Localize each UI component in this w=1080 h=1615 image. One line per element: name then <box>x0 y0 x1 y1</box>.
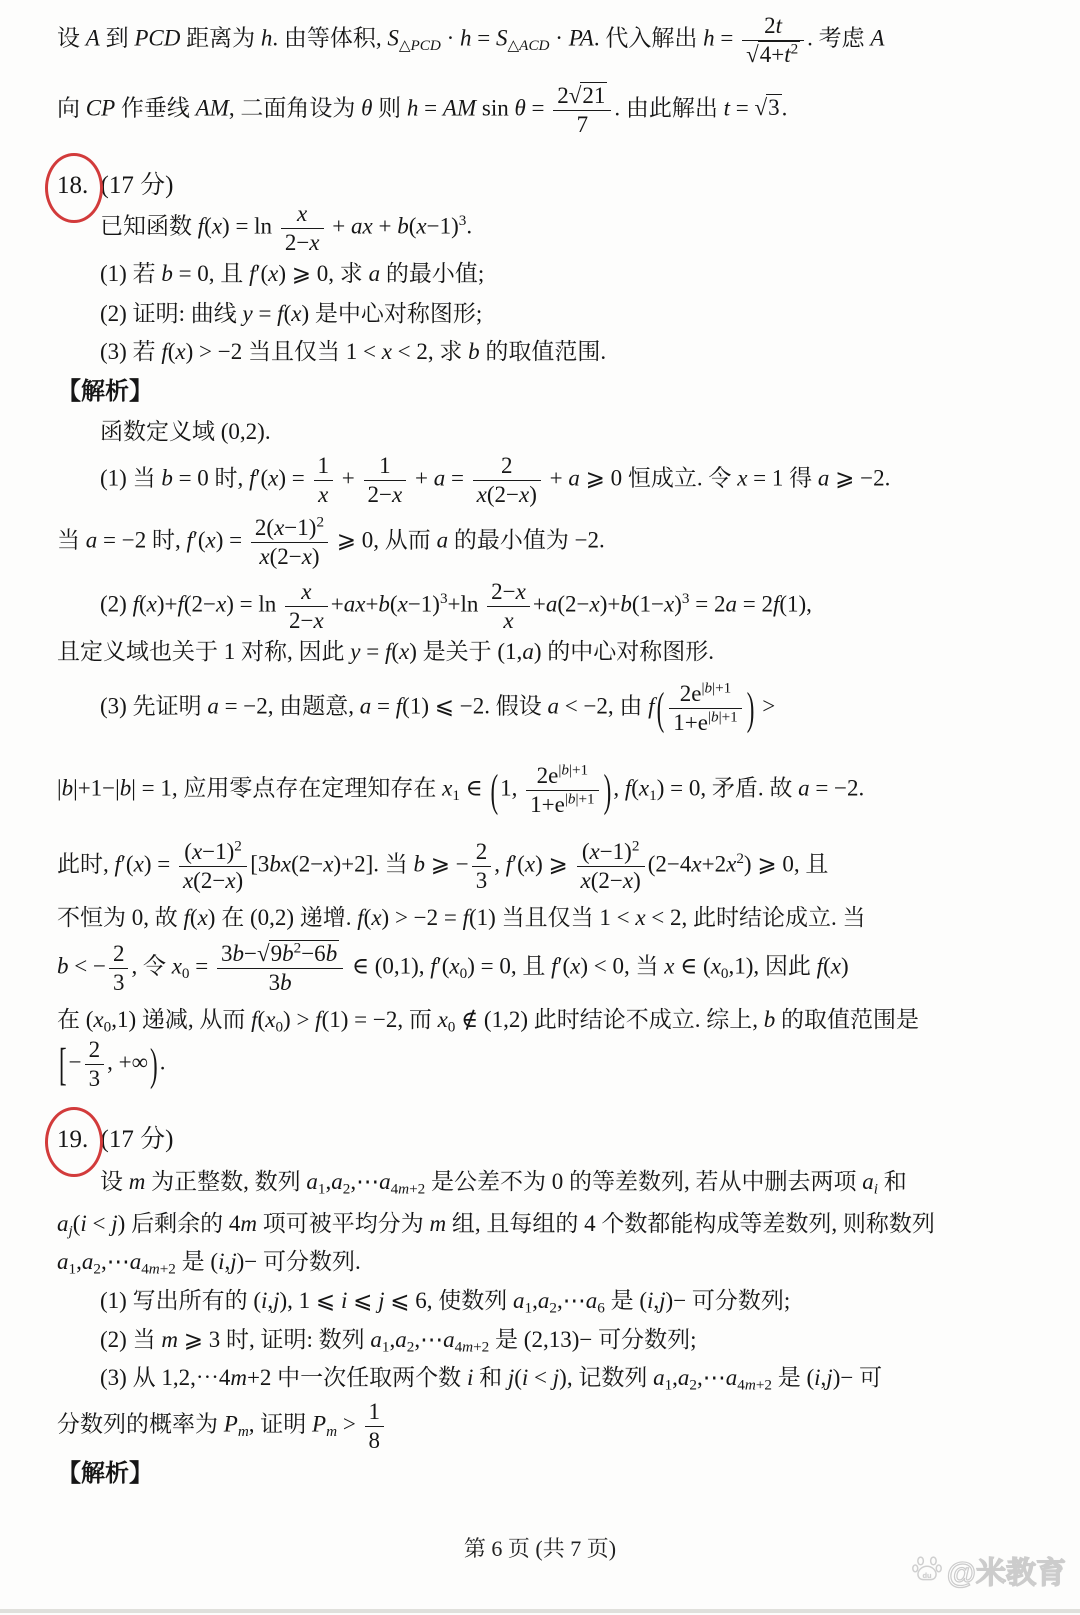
preamble-line: 设 A 到 PCD 距离为 h. 由等体积, S△PCD · h = S△ACD… <box>57 12 1044 68</box>
question-18-header: 18. (17 分) <box>57 168 1044 203</box>
exam-solution-page: 设 A 到 PCD 距离为 h. 由等体积, S△PCD · h = S△ACD… <box>0 0 1080 1615</box>
q19-problem-line: 分数列的概率为 Pm, 证明 Pm > 18 <box>57 1398 1044 1454</box>
stretched-delimiter: ) <box>604 767 612 813</box>
question-19-points: (17 分) <box>101 1126 174 1153</box>
fraction: 2t√4+t2 <box>742 12 804 68</box>
fraction: (x−1)2x(2−x) <box>179 838 247 894</box>
red-circle-annotation <box>45 1107 103 1177</box>
q18-problem-line: (3) 若 f(x) > −2 当且仅当 1 < x < 2, 求 b 的取值范… <box>100 336 1044 368</box>
fraction: 23 <box>472 838 492 894</box>
fraction: 2x(2−x) <box>473 452 541 508</box>
q19-problem-line: aj(i < j) 后剩余的 4m 项可被平均分为 m 组, 且每组的 4 个数… <box>57 1208 1044 1240</box>
q19-problem-line: a1,a2,⋯a4m+2 是 (i,j)− 可分数列. <box>57 1246 1044 1278</box>
square-root: √4+t2 <box>746 42 800 67</box>
q18-problem-line: (2) 证明: 曲线 y = f(x) 是中心对称图形; <box>100 298 1044 330</box>
stretched-delimiter: ) <box>150 1041 158 1087</box>
q18-solution-line: (1) 当 b = 0 时, f′(x) = 1x + 12−x + a = 2… <box>100 452 1044 508</box>
question-19-header: 19. (17 分) <box>57 1122 1044 1157</box>
q19-problem-line: (1) 写出所有的 (i,j), 1 ⩽ i ⩽ j ⩽ 6, 使数列 a1,a… <box>100 1285 1044 1317</box>
square-root: √9b2−6b <box>257 941 339 966</box>
stretched-delimiter: ( <box>657 685 665 731</box>
q18-analysis-label: 【解析】 <box>57 376 1044 410</box>
fraction: 1x <box>314 452 334 508</box>
q18-solution-line: 不恒为 0, 故 f(x) 在 (0,2) 递增. f(x) > −2 = f(… <box>57 902 1044 934</box>
q18-solution-line: 当 a = −2 时, f′(x) = 2(x−1)2x(2−x) ⩾ 0, 从… <box>57 514 1044 570</box>
q19-problem-line: 设 m 为正整数, 数列 a1,a2,⋯a4m+2 是公差不为 0 的等差数列,… <box>100 1166 1044 1198</box>
fraction: 23 <box>109 940 129 996</box>
fraction: 12−x <box>364 452 407 508</box>
q19-problem-line: (3) 从 1,2,⋯4m+2 中一次任取两个数 i 和 j(i < j), 记… <box>100 1362 1044 1394</box>
q19-analysis-label: 【解析】 <box>57 1458 1044 1492</box>
fraction: 2e|b|+11+e|b|+1 <box>526 762 599 818</box>
q18-problem-line: 已知函数 f(x) = ln x2−x + ax + b(x−1)3. <box>100 200 1044 256</box>
fraction: 3b−√9b2−6b3b <box>217 940 343 996</box>
q18-solution-line: b < −23, 令 x0 = 3b−√9b2−6b3b ∈ (0,1), f′… <box>57 940 1044 996</box>
q18-solution-line: 此时, f′(x) = (x−1)2x(2−x)[3bx(2−x)+2]. 当 … <box>57 838 1044 894</box>
red-circle-annotation <box>45 153 103 223</box>
preamble-line: 向 CP 作垂线 AM, 二面角设为 θ 则 h = AM sin θ = 2√… <box>57 82 1044 138</box>
q18-solution-line: 在 (x0,1) 递减, 从而 f(x0) > f(1) = −2, 而 x0 … <box>57 1004 1044 1036</box>
fraction: 2√217 <box>553 82 611 138</box>
question-18-number: 18. <box>57 168 94 203</box>
q19-problem-line: (2) 当 m ⩾ 3 时, 证明: 数列 a1,a2,⋯a4m+2 是 (2,… <box>100 1324 1044 1356</box>
stretched-delimiter: ( <box>490 767 498 813</box>
q18-solution-line: 函数定义域 (0,2). <box>100 416 1044 448</box>
fraction: 18 <box>365 1398 385 1454</box>
q18-solution-line: (2) f(x)+f(2−x) = ln x2−x+ax+b(x−1)3+ln … <box>100 578 1044 634</box>
page-bottom-edge <box>0 1609 1080 1613</box>
fraction: 2−xx <box>487 578 530 634</box>
fraction: 23 <box>85 1036 105 1092</box>
square-root: √21 <box>569 83 608 108</box>
fraction: 2(x−1)2x(2−x) <box>251 514 328 570</box>
question-18-points: (17 分) <box>101 172 174 199</box>
q18-solution-line: |b|+1−|b| = 1, 应用零点存在定理知存在 x1 ∈ (1, 2e|b… <box>57 762 1044 818</box>
fraction: 2e|b|+11+e|b|+1 <box>669 680 742 736</box>
watermark: du @米教育 <box>911 1548 1066 1592</box>
square-root: √3 <box>755 95 782 120</box>
fraction: x2−x <box>281 200 324 256</box>
svg-text:du: du <box>922 1571 932 1580</box>
q18-solution-line: (3) 先证明 a = −2, 由题意, a = f(1) ⩽ −2. 假设 a… <box>100 680 1044 736</box>
fraction: (x−1)2x(2−x) <box>577 838 645 894</box>
q18-solution-line: [−23, +∞). <box>57 1036 1044 1092</box>
baidu-paw-icon: du <box>911 1554 943 1586</box>
question-19-number: 19. <box>57 1122 94 1157</box>
stretched-delimiter: [ <box>59 1041 67 1087</box>
watermark-text: @米教育 <box>947 1548 1066 1592</box>
fraction: x2−x <box>285 578 328 634</box>
stretched-delimiter: ) <box>747 685 755 731</box>
q18-solution-line: 且定义域也关于 1 对称, 因此 y = f(x) 是关于 (1,a) 的中心对… <box>57 636 1044 668</box>
q18-problem-line: (1) 若 b = 0, 且 f′(x) ⩾ 0, 求 a 的最小值; <box>100 258 1044 290</box>
